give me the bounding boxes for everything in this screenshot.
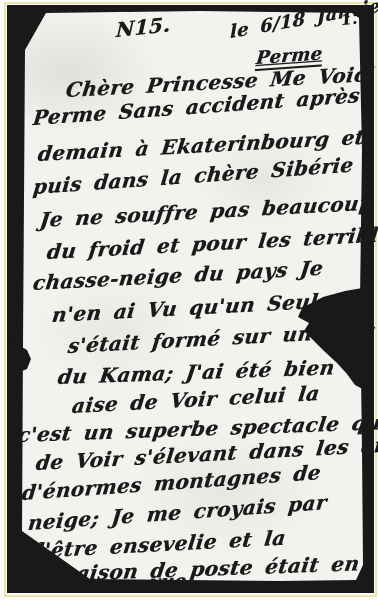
letter-line: vue bbox=[149, 571, 188, 593]
scanned-letter-page: N15. le 6/18 Janvier Perme 1. Chère Prin… bbox=[0, 0, 378, 600]
page-number: 1. bbox=[340, 10, 358, 29]
